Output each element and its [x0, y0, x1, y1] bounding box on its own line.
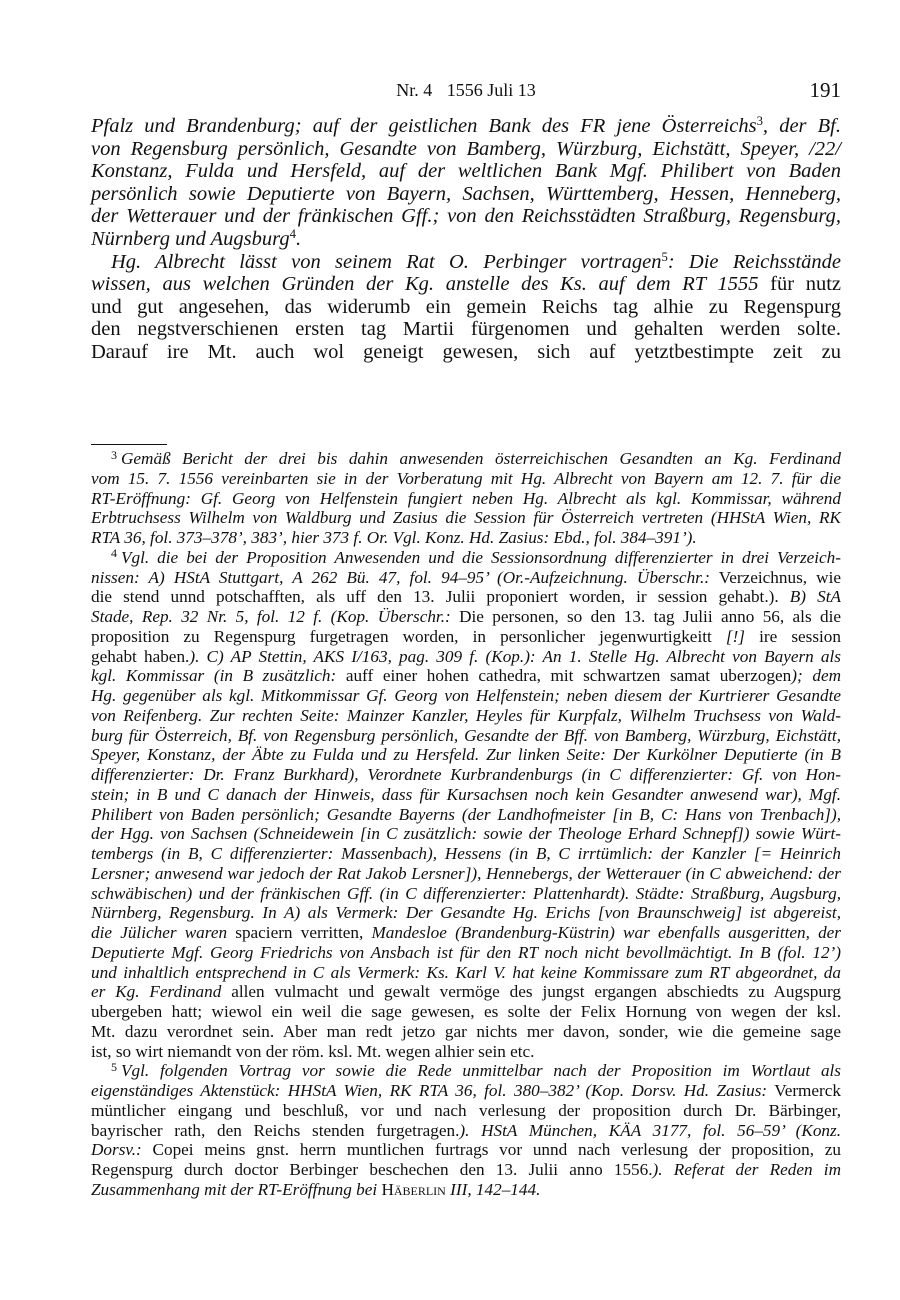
roman-text: ist, so wirt niemandt von der röm. ksl. …: [91, 1042, 534, 1061]
italic-text: differenzierter: Dr. Franz Burkhard), Ve…: [91, 765, 841, 784]
italic-text: die Jülicher waren: [91, 923, 227, 942]
italic-text: der Hgg. von Sachsen (Schneidewein [in C…: [91, 824, 841, 843]
italic-text: Zusammenhang mit der RT-Eröffnung bei: [91, 1180, 381, 1199]
italic-text: von Reifenberg. Zur rechten Seite: Mainz…: [91, 706, 841, 725]
text-line: der Hgg. von Sachsen (Schneidewein [in C…: [91, 824, 841, 844]
text-line: eigenständiges Aktenstück: HHStA Wien, R…: [91, 1081, 841, 1101]
italic-text: RT-Eröffnung: Gf. Georg von Helfenstein …: [91, 489, 841, 508]
italic-text: vom 15. 7. 1556 vereinbarten sie in der …: [91, 469, 841, 488]
roman-text: Copei meins gnst. herrn muntlichen furtr…: [142, 1140, 841, 1159]
text-line: Philibert von Baden persönlich; Gesandte…: [91, 805, 841, 825]
text-line: und inhaltlich entsprechend in C als Ver…: [91, 963, 841, 983]
text-line: müntlicher eingang und beschluß, vor und…: [91, 1101, 841, 1121]
footnote-number: 5: [111, 1060, 117, 1074]
italic-text: Speyer, Konstanz, der Äbte zu Fulda und …: [91, 745, 841, 764]
italic-text: er Kg. Ferdinand: [91, 982, 221, 1001]
italic-text: Stade, Rep. 32 Nr. 5, fol. 12 f. (Kop. Ü…: [91, 607, 451, 626]
text-line: die stend unnd potschafften, als uff den…: [91, 587, 841, 607]
footnote-number: 4: [111, 546, 117, 560]
italic-text: ); dem: [791, 666, 841, 685]
italic-text: ). C) AP Stettin, AKS I/163, pag. 309 f.…: [189, 647, 841, 666]
text-line: den negstverschienen ersten tag Martii f…: [91, 318, 841, 341]
text-line: ubergeben hatt; wiewol ein weil die sage…: [91, 1002, 841, 1022]
text-line: 4Vgl. die bei der Proposition Anwesenden…: [91, 548, 841, 568]
footnote-number: 3: [111, 448, 117, 462]
italic-text: III, 142–144.: [446, 1180, 541, 1199]
roman-text: gehabt haben.: [91, 647, 189, 666]
document-number: Nr. 4: [396, 80, 432, 100]
document-date: 1556 Juli 13: [447, 80, 536, 100]
italic-text: RTA 36, fol. 373–378’, 383’, hier 373 f.…: [91, 528, 697, 547]
text-line: Mt. dazu verordnet sein. Aber man redt j…: [91, 1022, 841, 1042]
text-line: er Kg. Ferdinand allen vulmacht und gewa…: [91, 982, 841, 1002]
text-line: kgl. Kommissar (in B zusätzlich: auff ei…: [91, 666, 841, 686]
footnote-3: 3Gemäß Bericht der drei bis dahin anwese…: [91, 449, 841, 548]
italic-text: : Die Reichsstände: [668, 251, 841, 273]
italic-text: nissen: A) HStA Stuttgart, A 262 Bü. 47,…: [91, 568, 710, 587]
text-line: 3Gemäß Bericht der drei bis dahin anwese…: [91, 449, 841, 469]
text-line: die Jülicher waren spaciern verritten, M…: [91, 923, 841, 943]
italic-text: Vgl. die bei der Proposition Anwesenden …: [121, 548, 841, 567]
footnote-separator: [91, 444, 167, 445]
text-line: schwäbischen) und der fränkischen Gff. (…: [91, 884, 841, 904]
italic-text: Mandesloe (Brandenburg-Küstrin) war eben…: [371, 923, 841, 942]
italic-text: Nürnberg, Regensburg. In A) als Vermerk:…: [91, 903, 841, 922]
italic-text: Pfalz und Brandenburg; auf der geistlich…: [91, 115, 757, 137]
italic-text: .: [296, 228, 301, 250]
text-line: vom 15. 7. 1556 vereinbarten sie in der …: [91, 469, 841, 489]
italic-text: eigenständiges Aktenstück: HHStA Wien, R…: [91, 1081, 767, 1100]
italic-text: persönlich sowie Deputierte von Bayern, …: [91, 183, 841, 205]
roman-text: Häberlin: [381, 1180, 445, 1199]
roman-text: ubergeben hatt; wiewol ein weil die sage…: [91, 1002, 841, 1021]
main-text: Pfalz und Brandenburg; auf der geistlich…: [91, 115, 841, 364]
roman-text: und gut angesehen, das widerumb ein geme…: [91, 296, 841, 318]
text-line: Konstanz, Fulda und Hersfeld, auf der we…: [91, 160, 841, 183]
text-line: RTA 36, fol. 373–378’, 383’, hier 373 f.…: [91, 528, 841, 548]
text-line: Hg. Albrecht lässt von seinem Rat O. Per…: [91, 251, 841, 274]
text-line: Erbtruchsess Wilhelm von Waldburg und Za…: [91, 508, 841, 528]
italic-text: kgl. Kommissar (in B zusätzlich:: [91, 666, 336, 685]
text-line: Dorsv.: Copei meins gnst. herrn muntlich…: [91, 1140, 841, 1160]
italic-text: Nürnberg und Augsburg: [91, 228, 290, 250]
footnotes: 3Gemäß Bericht der drei bis dahin anwese…: [91, 449, 841, 1200]
roman-text: Vermerck: [767, 1081, 841, 1100]
roman-text: Verzeichnus, wie: [710, 568, 841, 587]
text-line: differenzierter: Dr. Franz Burkhard), Ve…: [91, 765, 841, 785]
italic-text: Vgl. folgenden Vortrag vor sowie die Red…: [121, 1061, 841, 1080]
roman-text: die stend unnd potschafften, als uff den…: [91, 587, 790, 606]
italic-text: stein; in B und C danach der Hinweis, da…: [91, 785, 841, 804]
roman-text: Mt. dazu verordnet sein. Aber man redt j…: [91, 1022, 841, 1041]
italic-text: Deputierte Mgf. Georg Friedrichs von Ans…: [91, 943, 841, 962]
text-line: Nürnberg und Augsburg4.: [91, 228, 841, 251]
text-line: Stade, Rep. 32 Nr. 5, fol. 12 f. (Kop. Ü…: [91, 607, 841, 627]
italic-text: ). Referat der Reden im: [653, 1160, 841, 1179]
italic-text: Erbtruchsess Wilhelm von Waldburg und Za…: [91, 508, 841, 527]
text-line: RT-Eröffnung: Gf. Georg von Helfenstein …: [91, 489, 841, 509]
text-line: Nürnberg, Regensburg. In A) als Vermerk:…: [91, 903, 841, 923]
text-line: gehabt haben.). C) AP Stettin, AKS I/163…: [91, 647, 841, 667]
running-head-title: Nr. 4 1556 Juli 13: [91, 80, 841, 101]
text-line: Zusammenhang mit der RT-Eröffnung bei Hä…: [91, 1180, 841, 1200]
text-line: Speyer, Konstanz, der Äbte zu Fulda und …: [91, 745, 841, 765]
text-line: Lersner; anwesend war jedoch der Rat Jak…: [91, 864, 841, 884]
text-line: Pfalz und Brandenburg; auf der geistlich…: [91, 115, 841, 138]
roman-text: ire session: [745, 627, 841, 646]
roman-text: für nutz: [758, 273, 841, 295]
roman-text: bayrischer rath, den Reichs stenden furg…: [91, 1121, 459, 1140]
roman-text: allen vulmacht und gewalt vermöge des ju…: [221, 982, 841, 1001]
text-line: von Regensburg persönlich, Gesandte von …: [91, 138, 841, 161]
italic-text: der Wetterauer und der fränkischen Gff.;…: [91, 205, 841, 227]
text-line: stein; in B und C danach der Hinweis, da…: [91, 785, 841, 805]
footnote-5: 5Vgl. folgenden Vortrag vor sowie die Re…: [91, 1061, 841, 1199]
text-line: ist, so wirt niemandt von der röm. ksl. …: [91, 1042, 841, 1062]
italic-text: Lersner; anwesend war jedoch der Rat Jak…: [91, 864, 841, 883]
text-line: Hg. gegenüber als kgl. Mitkommissar Gf. …: [91, 686, 841, 706]
text-line: und gut angesehen, das widerumb ein geme…: [91, 296, 841, 319]
italic-text: Hg. Albrecht lässt von seinem Rat O. Per…: [111, 251, 661, 273]
page-number: 191: [810, 78, 842, 103]
text-line: Regenspurg durch doctor Berbinger besche…: [91, 1160, 841, 1180]
roman-text: Die personen, so den 13. tag Julii anno …: [451, 607, 841, 626]
text-line: nissen: A) HStA Stuttgart, A 262 Bü. 47,…: [91, 568, 841, 588]
italic-text: und inhaltlich entsprechend in C als Ver…: [91, 963, 841, 982]
roman-text: spaciern verritten,: [227, 923, 371, 942]
italic-text: [!]: [726, 627, 745, 646]
italic-text: ). HStA München, KÄA 3177, fol. 56–59’ (…: [459, 1121, 841, 1140]
roman-text: auff einer hohen cathedra, mit schwartze…: [336, 666, 791, 685]
text-line: 5Vgl. folgenden Vortrag vor sowie die Re…: [91, 1061, 841, 1081]
italic-text: Gemäß Bericht der drei bis dahin anwesen…: [121, 449, 841, 468]
italic-text: Dorsv.:: [91, 1140, 142, 1159]
text-line: wissen, aus welchen Gründen der Kg. anst…: [91, 273, 841, 296]
footnote-4: 4Vgl. die bei der Proposition Anwesenden…: [91, 548, 841, 1062]
text-line: tembergs (in B, C differenzierter: Masse…: [91, 844, 841, 864]
roman-text: den negstverschienen ersten tag Martii f…: [91, 318, 841, 340]
text-line: burg für Österreich, Bf. von Regensburg …: [91, 726, 841, 746]
italic-text: wissen, aus welchen Gründen der Kg. anst…: [91, 273, 758, 295]
italic-text: Konstanz, Fulda und Hersfeld, auf der we…: [91, 160, 841, 182]
text-line: persönlich sowie Deputierte von Bayern, …: [91, 183, 841, 206]
italic-text: , der Bf.: [763, 115, 841, 137]
italic-text: burg für Österreich, Bf. von Regensburg …: [91, 726, 841, 745]
roman-text: Regenspurg durch doctor Berbinger besche…: [91, 1160, 653, 1179]
roman-text: Darauf ire Mt. auch wol geneigt gewesen,…: [91, 341, 841, 363]
italic-text: Philibert von Baden persönlich; Gesandte…: [91, 805, 841, 824]
text-line: von Reifenberg. Zur rechten Seite: Mainz…: [91, 706, 841, 726]
text-line: bayrischer rath, den Reichs stenden furg…: [91, 1121, 841, 1141]
italic-text: Hg. gegenüber als kgl. Mitkommissar Gf. …: [91, 686, 841, 705]
italic-text: von Regensburg persönlich, Gesandte von …: [91, 138, 841, 160]
italic-text: B) StA: [790, 587, 841, 606]
text-line: Deputierte Mgf. Georg Friedrichs von Ans…: [91, 943, 841, 963]
roman-text: müntlicher eingang und beschluß, vor und…: [91, 1101, 841, 1120]
running-head: Nr. 4 1556 Juli 13 191: [91, 78, 841, 104]
italic-text: schwäbischen) und der fränkischen Gff. (…: [91, 884, 841, 903]
text-line: proposition zu Regenspurg furgetragen wo…: [91, 627, 841, 647]
text-line: Darauf ire Mt. auch wol geneigt gewesen,…: [91, 341, 841, 364]
italic-text: tembergs (in B, C differenzierter: Masse…: [91, 844, 841, 863]
roman-text: proposition zu Regenspurg furgetragen wo…: [91, 627, 726, 646]
text-line: der Wetterauer und der fränkischen Gff.;…: [91, 205, 841, 228]
